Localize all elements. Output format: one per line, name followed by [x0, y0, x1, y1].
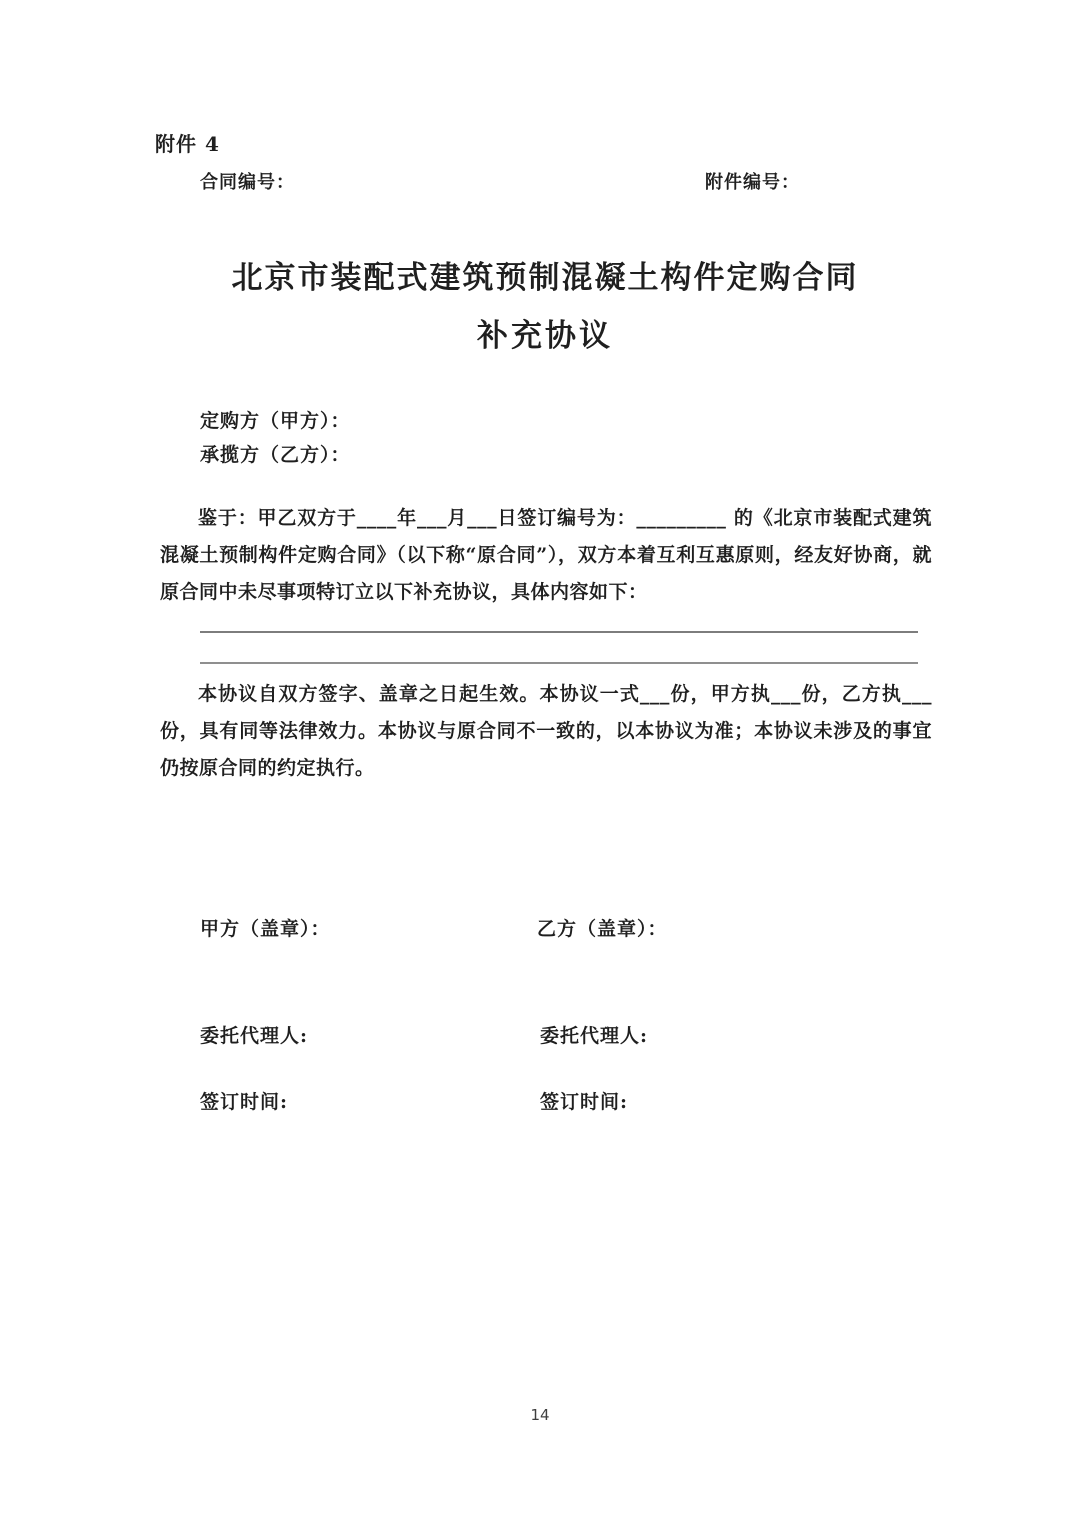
contract-number-label: 合同编号： [200, 168, 295, 194]
party-b-seal-label: 乙方（盖章）： [537, 914, 668, 941]
party-b-sign-date-label: 签订时间: [540, 1087, 628, 1114]
document-page: 附件 4 合同编号： 附件编号： 北京市装配式建筑预制混凝土构件定购合同 补充协… [0, 0, 1080, 1527]
page-number: 14 [0, 1406, 1080, 1424]
party-a-sign-date-label: 签订时间: [200, 1087, 288, 1114]
document-title: 北京市装配式建筑预制混凝土构件定购合同 补充协议 [160, 258, 930, 356]
parties-block: 定购方（甲方）： 承揽方（乙方）： [200, 404, 351, 472]
document-title-line1: 北京市装配式建筑预制混凝土构件定购合同 [160, 258, 930, 298]
annex-number-label: 附件编号： [705, 168, 800, 194]
party-a-label: 定购方（甲方）： [200, 404, 351, 438]
party-b-label: 承揽方（乙方）： [200, 438, 351, 472]
document-title-line2: 补充协议 [160, 316, 930, 356]
fill-in-blank-line-1 [200, 631, 918, 633]
effect-paragraph: 本协议自双方签字、盖章之日起生效。本协议一式___份，甲方执___份，乙方执__… [160, 676, 932, 787]
party-a-agent-label: 委托代理人: [200, 1021, 308, 1048]
document-number-row: 合同编号： 附件编号： [0, 168, 1080, 196]
whereas-paragraph: 鉴于：甲乙双方于____年___月___日签订编号为：_________ 的《北… [160, 500, 932, 611]
party-a-seal-label: 甲方（盖章）： [200, 914, 331, 941]
fill-in-blank-line-2 [200, 662, 918, 664]
attachment-number-label: 附件 4 [155, 128, 220, 157]
party-b-agent-label: 委托代理人: [540, 1021, 648, 1048]
